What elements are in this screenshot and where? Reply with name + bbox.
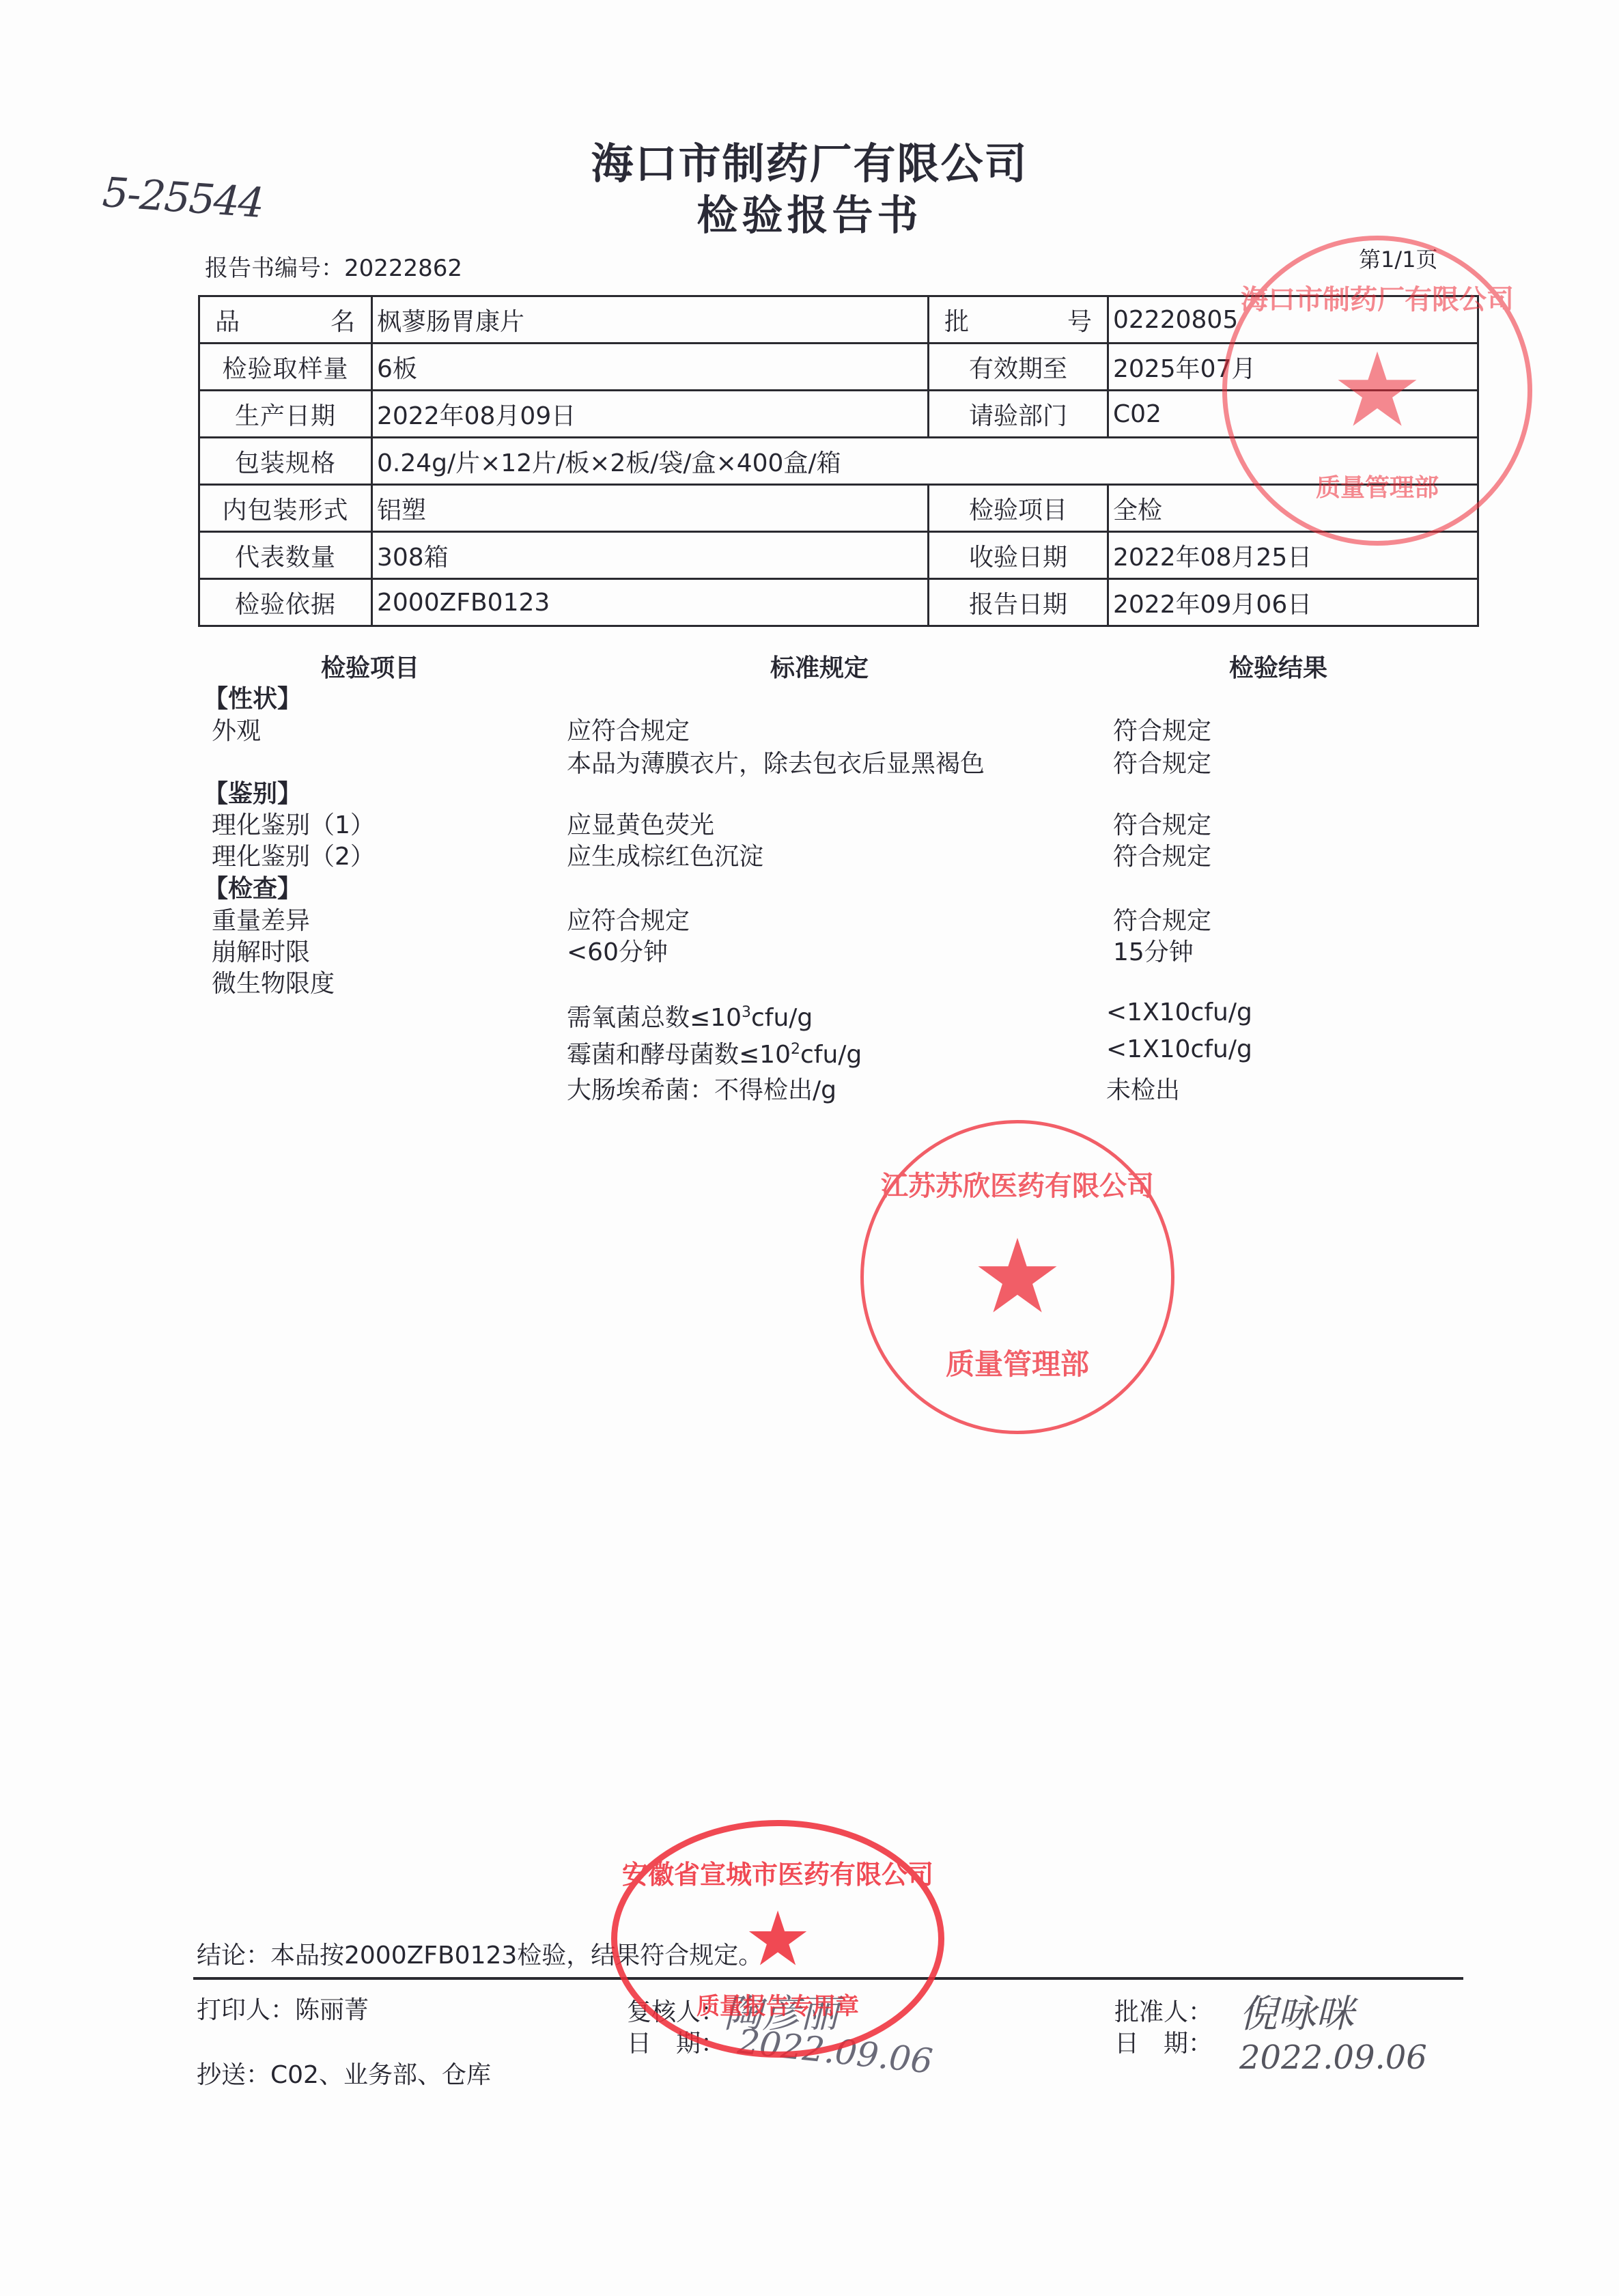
label-product-name: 品 名 [199, 296, 372, 344]
label-represent-qty: 代表数量 [199, 532, 372, 579]
table-row: 品 名 枫蓼肠胃康片 批 号 02220805 [199, 296, 1478, 344]
standard-identification-2: 应生成棕红色沉淀 [567, 837, 763, 872]
approver-date: 2022.09.06 [1239, 2039, 1427, 2077]
standard-mold-yeast: 霉菌和酵母菌数≤102cfu/g [567, 1035, 862, 1070]
reviewer-label: 复核人： [627, 1993, 725, 2028]
distributor-seal: 江苏苏欣医药有限公司 ★ 质量管理部 [860, 1120, 1174, 1434]
item-microbial-limit: 微生物限度 [212, 964, 335, 999]
approver-date-label: 日 期： [1114, 2024, 1213, 2059]
value-represent-qty: 308箱 [372, 532, 929, 579]
result-aerobic-count: <1X10cfu/g [1106, 998, 1252, 1026]
label-request-dept: 请验部门 [929, 391, 1108, 438]
standard-identification-1: 应显黄色荧光 [567, 806, 714, 841]
label-production-date: 生产日期 [199, 391, 372, 438]
printer-label: 打印人： [197, 1996, 295, 2024]
table-row: 检验取样量 6板 有效期至 2025年07月 [199, 344, 1478, 391]
carbon-copy: 抄送：C02、业务部、仓库 [197, 2056, 491, 2090]
report-number-label: 报告书编号： [205, 255, 344, 282]
label-batch-no: 批 号 [929, 296, 1108, 344]
value-request-dept: C02 [1108, 391, 1478, 438]
result-disintegration: 15分钟 [1113, 933, 1194, 968]
result-appearance-desc: 符合规定 [1113, 744, 1211, 779]
item-appearance: 外观 [212, 712, 261, 746]
standard-appearance: 应符合规定 [567, 712, 690, 746]
report-number-value: 20222862 [344, 255, 462, 282]
table-row: 代表数量 308箱 收验日期 2022年08月25日 [199, 532, 1478, 579]
value-production-date: 2022年08月09日 [372, 391, 929, 438]
standard-appearance-desc: 本品为薄膜衣片，除去包衣后显黑褐色 [567, 744, 985, 779]
value-batch-no: 02220805 [1108, 296, 1478, 344]
approver-signature: 倪咏咪 [1239, 1984, 1354, 2039]
header-result: 检验结果 [1229, 649, 1327, 684]
standard-disintegration: <60分钟 [567, 933, 668, 968]
page-indicator: 第1/1页 [1359, 242, 1438, 274]
reviewer-date-label: 日 期： [627, 2024, 725, 2059]
section-identification: 【鉴别】 [203, 774, 302, 809]
standard-aerobic-count: 需氧菌总数≤103cfu/g [567, 998, 813, 1033]
result-mold-yeast: <1X10cfu/g [1106, 1035, 1252, 1063]
result-appearance: 符合规定 [1113, 712, 1211, 746]
printer-name: 陈丽菁 [295, 1996, 369, 2024]
product-info-table: 品 名 枫蓼肠胃康片 批 号 02220805 检验取样量 6板 有效期至 20… [198, 295, 1479, 627]
table-row: 内包装形式 铝塑 检验项目 全检 [199, 485, 1478, 532]
value-report-date: 2022年09月06日 [1108, 579, 1478, 626]
value-test-items: 全检 [1108, 485, 1478, 532]
result-e-coli: 未检出 [1106, 1071, 1180, 1106]
approver-label: 批准人： [1114, 1993, 1213, 2028]
result-identification-2: 符合规定 [1113, 837, 1211, 872]
divider-line [193, 1977, 1463, 1980]
item-identification-2: 理化鉴别（2） [212, 837, 375, 872]
value-sample-qty: 6板 [372, 344, 929, 391]
label-report-date: 报告日期 [929, 579, 1108, 626]
unit: cfu/g [751, 1004, 813, 1032]
label-test-basis: 检验依据 [199, 579, 372, 626]
star-icon: ★ [972, 1226, 1063, 1328]
item-weight-variation: 重量差异 [212, 901, 310, 936]
label-inner-package: 内包装形式 [199, 485, 372, 532]
exponent: 3 [742, 1004, 751, 1021]
table-row: 包装规格 0.24g/片×12片/板×2板/袋/盒×400盒/箱 [199, 438, 1478, 485]
result-identification-1: 符合规定 [1113, 806, 1211, 841]
standard-text: 需氧菌总数≤10 [567, 1004, 742, 1032]
header-standard: 标准规定 [770, 649, 869, 684]
item-identification-1: 理化鉴别（1） [212, 806, 375, 841]
exponent: 2 [791, 1041, 800, 1058]
seal-company-text: 安徽省宣城市医药有限公司 [617, 1853, 938, 1891]
standard-text: 霉菌和酵母菌数≤10 [567, 1041, 791, 1069]
value-receive-date: 2022年08月25日 [1108, 532, 1478, 579]
report-number: 报告书编号：20222862 [205, 249, 462, 283]
value-product-name: 枫蓼肠胃康片 [372, 296, 929, 344]
label-package-spec: 包装规格 [199, 438, 372, 485]
seal-company-text: 江苏苏欣医药有限公司 [864, 1164, 1171, 1203]
printer: 打印人：陈丽菁 [197, 1991, 369, 2026]
header-test-item: 检验项目 [321, 649, 419, 684]
value-test-basis: 2000ZFB0123 [372, 579, 929, 626]
standard-weight-variation: 应符合规定 [567, 901, 690, 936]
unit: cfu/g [800, 1041, 862, 1069]
table-row: 生产日期 2022年08月09日 请验部门 C02 [199, 391, 1478, 438]
standard-e-coli: 大肠埃希菌：不得检出/g [567, 1071, 836, 1106]
conclusion: 结论：本品按2000ZFB0123检验，结果符合规定。 [197, 1936, 763, 1971]
result-weight-variation: 符合规定 [1113, 901, 1211, 936]
label-test-items: 检验项目 [929, 485, 1108, 532]
label-receive-date: 收验日期 [929, 532, 1108, 579]
item-disintegration: 崩解时限 [212, 933, 310, 968]
label-expiry: 有效期至 [929, 344, 1108, 391]
table-row: 检验依据 2000ZFB0123 报告日期 2022年09月06日 [199, 579, 1478, 626]
value-inner-package: 铝塑 [372, 485, 929, 532]
value-package-spec: 0.24g/片×12片/板×2板/袋/盒×400盒/箱 [372, 438, 1478, 485]
seal-dept-text: 质量管理部 [864, 1342, 1171, 1383]
section-inspection: 【检查】 [203, 869, 302, 904]
value-expiry: 2025年07月 [1108, 344, 1478, 391]
label-sample-qty: 检验取样量 [199, 344, 372, 391]
section-character: 【性状】 [203, 680, 302, 714]
